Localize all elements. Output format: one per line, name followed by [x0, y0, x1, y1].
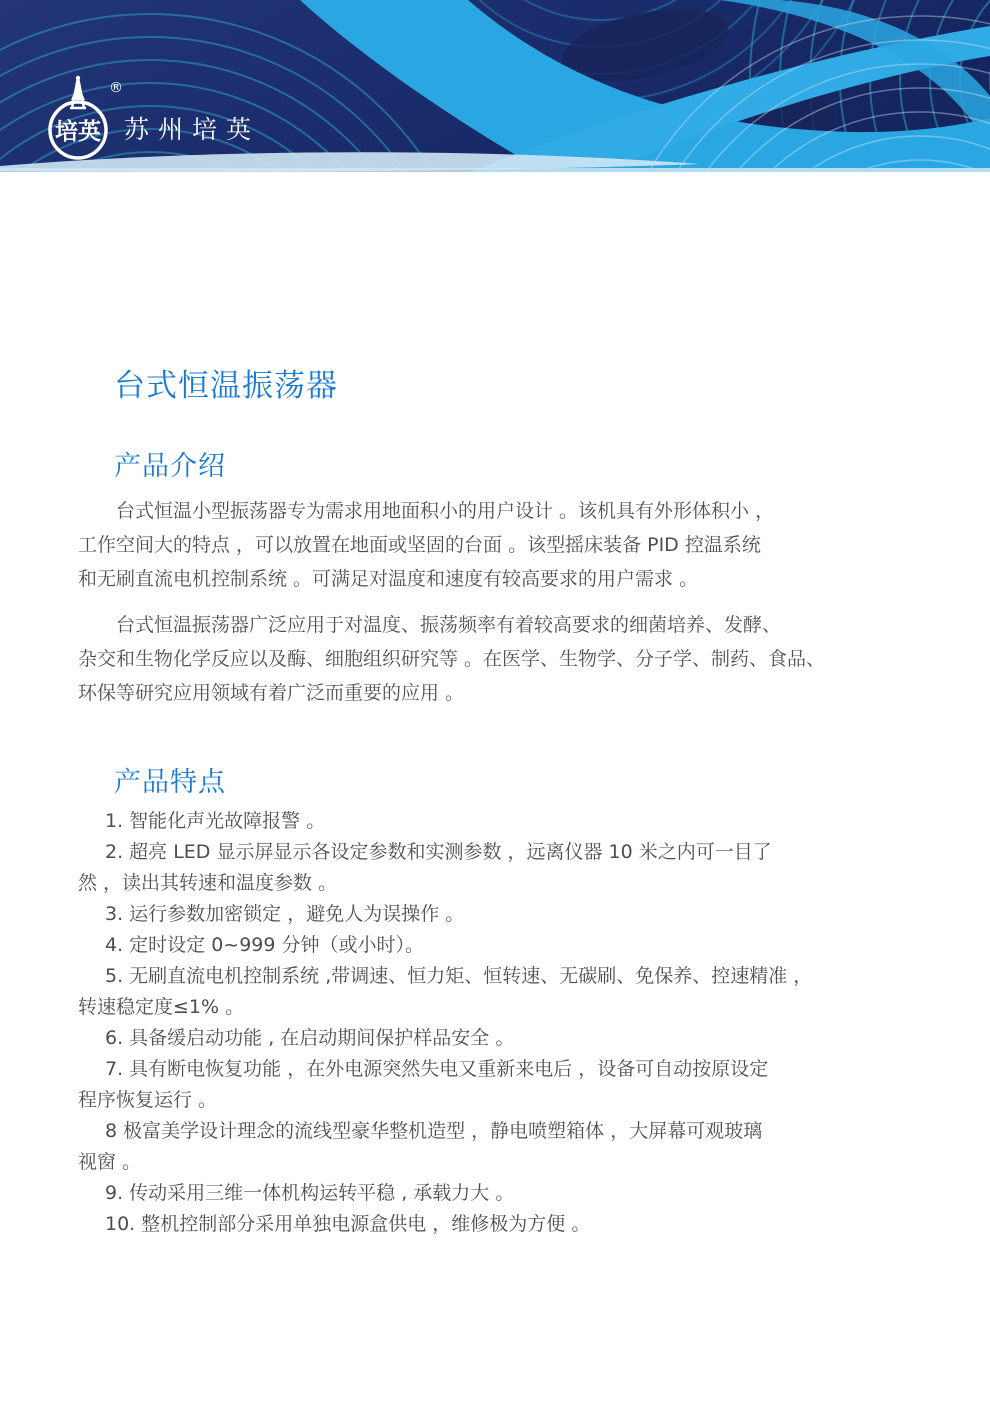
page-title: 台式恒温振荡器	[114, 368, 920, 404]
feature-list: 1. 智能化声光故障报警 。 2. 超亮 LED 显示屏显示各设定参数和实测参数…	[78, 806, 920, 1240]
company-name: 苏州培英	[124, 110, 260, 146]
registered-trademark-icon: ®	[109, 80, 123, 96]
paragraph-line: 台式恒温振荡器广泛应用于对温度、振荡频率有着较高要求的细菌培养、发酵、	[78, 608, 920, 642]
company-logo: 培英 ®	[30, 74, 130, 166]
logo-text: 培英	[55, 118, 101, 145]
section-heading-features: 产品特点	[114, 766, 920, 800]
feature-item-2: 2. 超亮 LED 显示屏显示各设定参数和实测参数 ，远离仪器 10 米之内可一…	[78, 837, 920, 868]
section-heading-intro: 产品介绍	[114, 450, 920, 484]
paragraph-line: 环保等研究应用领域有着广泛而重要的应用 。	[78, 676, 920, 710]
feature-item-6: 6. 具备缓启动功能 , 在启动期间保护样品安全 。	[78, 1023, 920, 1054]
paragraph-line: 台式恒温小型振荡器专为需求用地面积小的用户设计 。该机具有外形体积小 ，	[78, 494, 920, 528]
feature-item-4: 4. 定时设定 0~999 分钟（或小时）。	[78, 930, 920, 961]
feature-item-1: 1. 智能化声光故障报警 。	[78, 806, 920, 837]
intro-paragraph-2: 台式恒温振荡器广泛应用于对温度、振荡频率有着较高要求的细菌培养、发酵、 杂交和生…	[78, 608, 920, 710]
paragraph-line: 杂交和生物化学反应以及酶、细胞组织研究等 。在医学、生物学、分子学、制药、食品、	[78, 642, 920, 676]
feature-item-5-cont: 转速稳定度≤1% 。	[78, 992, 920, 1023]
page-body: 台式恒温振荡器 产品介绍 台式恒温小型振荡器专为需求用地面积小的用户设计 。该机…	[0, 368, 990, 1240]
feature-item-9: 9. 传动采用三维一体机构运转平稳 , 承载力大 。	[78, 1178, 920, 1209]
feature-item-7: 7. 具有断电恢复功能 ，在外电源突然失电又重新来电后 ，设备可自动按原设定	[78, 1054, 920, 1085]
header-banner: 培英 ® 苏州培英	[0, 0, 990, 172]
logo-emblem-icon: 培英 ®	[30, 74, 130, 166]
feature-item-3: 3. 运行参数加密锁定 ，避免人为误操作 。	[78, 899, 920, 930]
feature-item-8: 8 极富美学设计理念的流线型豪华整机造型 ，静电喷塑箱体 ，大屏幕可观玻璃	[78, 1116, 920, 1147]
paragraph-line: 和无刷直流电机控制系统 。可满足对温度和速度有较高要求的用户需求 。	[78, 562, 920, 596]
feature-item-5: 5. 无刷直流电机控制系统 ,带调速、恒力矩、恒转速、无碳刷、免保养、控速精准 …	[78, 961, 920, 992]
paragraph-line: 工作空间大的特点 ，可以放置在地面或坚固的台面 。该型摇床装备 PID 控温系统	[78, 528, 920, 562]
header-background-art	[0, 0, 990, 172]
feature-item-10: 10. 整机控制部分采用单独电源盒供电 ，维修极为方便 。	[78, 1209, 920, 1240]
feature-item-2-cont: 然 ，读出其转速和温度参数 。	[78, 868, 920, 899]
intro-paragraph-1: 台式恒温小型振荡器专为需求用地面积小的用户设计 。该机具有外形体积小 ， 工作空…	[78, 494, 920, 596]
feature-item-7-cont: 程序恢复运行 。	[78, 1085, 920, 1116]
feature-item-8-cont: 视窗 。	[78, 1147, 920, 1178]
